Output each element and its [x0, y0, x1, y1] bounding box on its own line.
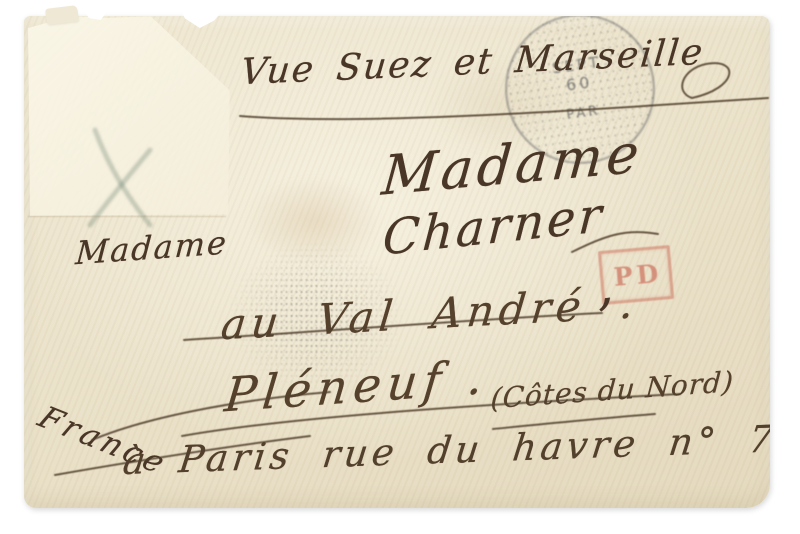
envelope: SEPT 60 PAR PD Vue Suez et Marseille Mad… [24, 16, 770, 508]
postmark-office: PAR [566, 104, 602, 125]
paper-crease [28, 216, 226, 217]
forwarding-address: à Paris rue du havre n° 7. [121, 417, 770, 484]
redirect-title: Madame [74, 223, 229, 272]
torn-flap-patch [26, 16, 230, 218]
photo-scene: SEPT 60 PAR PD Vue Suez et Marseille Mad… [0, 0, 800, 534]
struck-department: (Côtes du Nord) [490, 365, 735, 415]
